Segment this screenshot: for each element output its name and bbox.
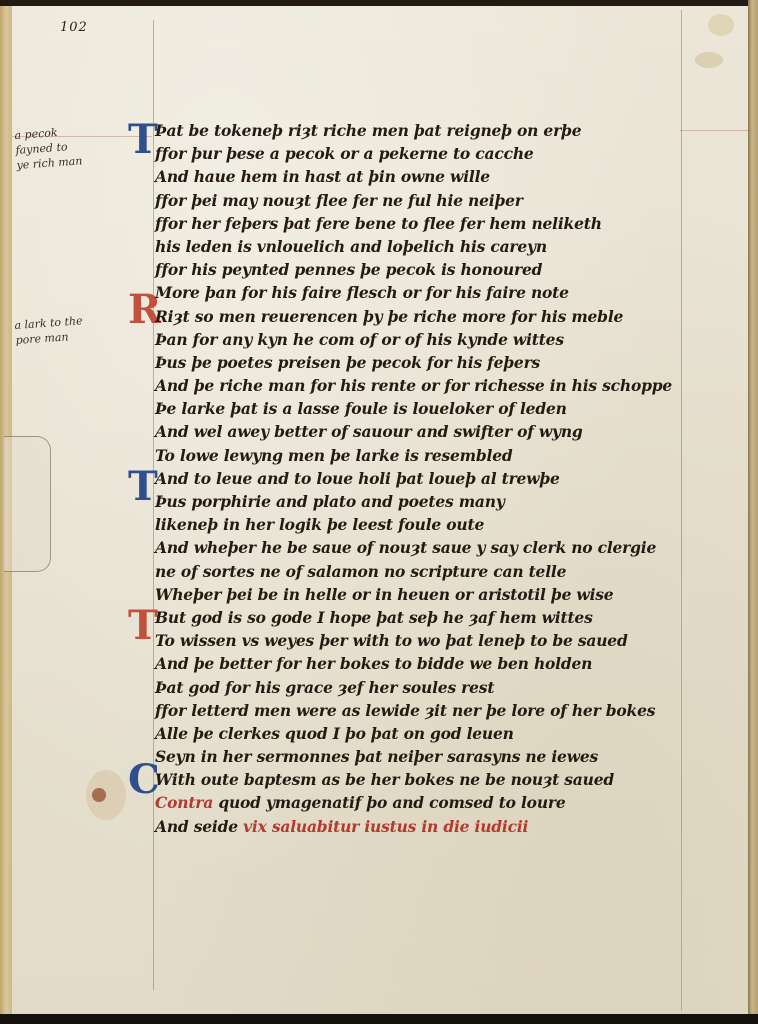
text-line: ffor þei may nouȝt flee fer ne ful hie n… xyxy=(155,189,740,212)
text-line: Þat god for his grace ȝef her soules res… xyxy=(155,676,740,699)
text-line: And þe better for her bokes to bidde we … xyxy=(155,652,740,675)
bottom-edge xyxy=(0,1014,758,1024)
main-text-block: Þat be tokeneþ riȝt riche men þat reigne… xyxy=(155,119,740,838)
text-line: Wheþer þei be in helle or in heuen or ar… xyxy=(155,583,740,606)
stain xyxy=(86,770,126,820)
text-span: And seide xyxy=(155,817,243,836)
text-line: And wel awey better of sauour and swifte… xyxy=(155,420,740,443)
text-line: And wheþer he be saue of nouȝt saue y sa… xyxy=(155,536,740,559)
text-line: Þan for any kyn he com of or of his kynd… xyxy=(155,328,740,351)
text-line: Riȝt so men reuerencen þy þe riche more … xyxy=(155,305,740,328)
text-line: Þe larke þat is a lasse foule is louelok… xyxy=(155,397,740,420)
text-line: his leden is vnlouelich and loþelich his… xyxy=(155,235,740,258)
text-line: More þan for his faire flesch or for his… xyxy=(155,281,740,304)
margin-gloss-2: a lark to the pore man xyxy=(14,313,84,348)
text-line-rubric: Contra quod ymagenatif þo and comsed to … xyxy=(155,791,740,814)
page-tab-marker xyxy=(4,436,51,572)
initial-letter-blue: T xyxy=(128,120,158,160)
text-line: And þe riche man for his rente or for ri… xyxy=(155,374,740,397)
initial-letter-red: T xyxy=(128,606,158,646)
initial-letter-blue: T xyxy=(128,467,158,507)
text-span: quod ymagenatif þo and comsed to loure xyxy=(213,793,565,812)
text-line: likeneþ in her logik þe leest foule oute xyxy=(155,513,740,536)
text-line: Þus porphirie and plato and poetes many xyxy=(155,490,740,513)
text-line: ffor letterd men were as lewide ȝit ner … xyxy=(155,699,740,722)
text-line: Seyn in her sermonnes þat neiþer sarasyn… xyxy=(155,745,740,768)
text-line: ffor þur þese a pecok or a pekerne to ca… xyxy=(155,142,740,165)
text-line: But god is so gode I hope þat seþ he ȝaf… xyxy=(155,606,740,629)
text-line: And to leue and to loue holi þat loueþ a… xyxy=(155,467,740,490)
text-line-rubric: And seide vix saluabitur iustus in die i… xyxy=(155,815,740,838)
text-line: ffor his peynted pennes þe pecok is hono… xyxy=(155,258,740,281)
text-line: With oute baptesm as be her bokes ne be … xyxy=(155,768,740,791)
stain xyxy=(708,14,734,36)
text-line: Alle þe clerkes quod I þo þat on god leu… xyxy=(155,722,740,745)
text-line: ne of sortes ne of salamon no scripture … xyxy=(155,560,740,583)
text-line: Þus þe poetes preisen þe pecok for his f… xyxy=(155,351,740,374)
margin-gloss-1: a pecok fayned to ye rich man xyxy=(14,123,83,172)
text-line: Þat be tokeneþ riȝt riche men þat reigne… xyxy=(155,119,740,142)
rubric-latin-quote: vix saluabitur iustus in die iudicii xyxy=(243,817,528,836)
page-edge-right xyxy=(748,0,758,1024)
text-line: To wissen vs weyes þer with to wo þat le… xyxy=(155,629,740,652)
folio-number: 102 xyxy=(60,20,88,35)
text-line: To lowe lewyng men þe larke is resembled xyxy=(155,444,740,467)
text-line: ffor her feþers þat fere bene to flee fe… xyxy=(155,212,740,235)
stain xyxy=(695,52,723,68)
rubric-word: Contra xyxy=(155,793,213,812)
text-line: And haue hem in hast at þin owne wille xyxy=(155,165,740,188)
